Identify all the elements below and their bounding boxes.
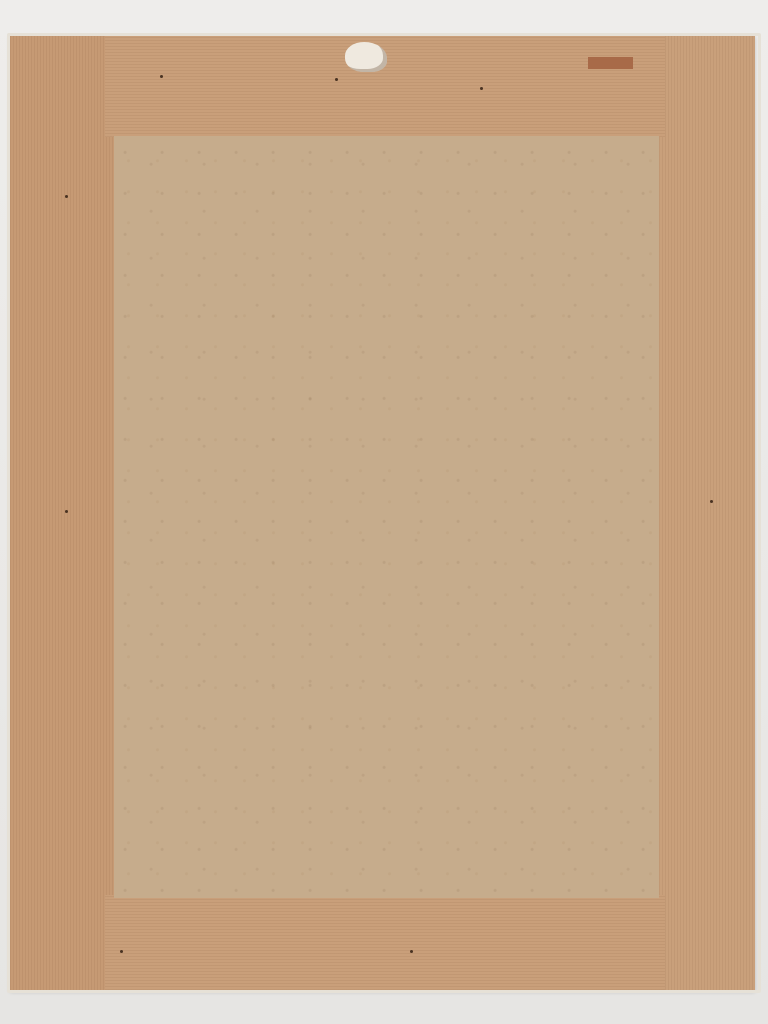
torn-tape-patch	[588, 57, 633, 69]
nail	[410, 950, 413, 953]
tape-strip-right	[650, 35, 755, 990]
nail	[480, 87, 483, 90]
tape-strip-top	[105, 35, 665, 137]
nail	[160, 75, 163, 78]
nail	[65, 510, 68, 513]
nail	[65, 195, 68, 198]
cardboard-backing	[114, 136, 659, 898]
nail	[710, 500, 713, 503]
nail	[120, 950, 123, 953]
hanging-loop	[345, 42, 387, 72]
tape-strip-bottom	[105, 895, 665, 990]
nail	[335, 78, 338, 81]
tape-strip-left	[10, 35, 114, 990]
picture-frame-back	[10, 35, 755, 990]
